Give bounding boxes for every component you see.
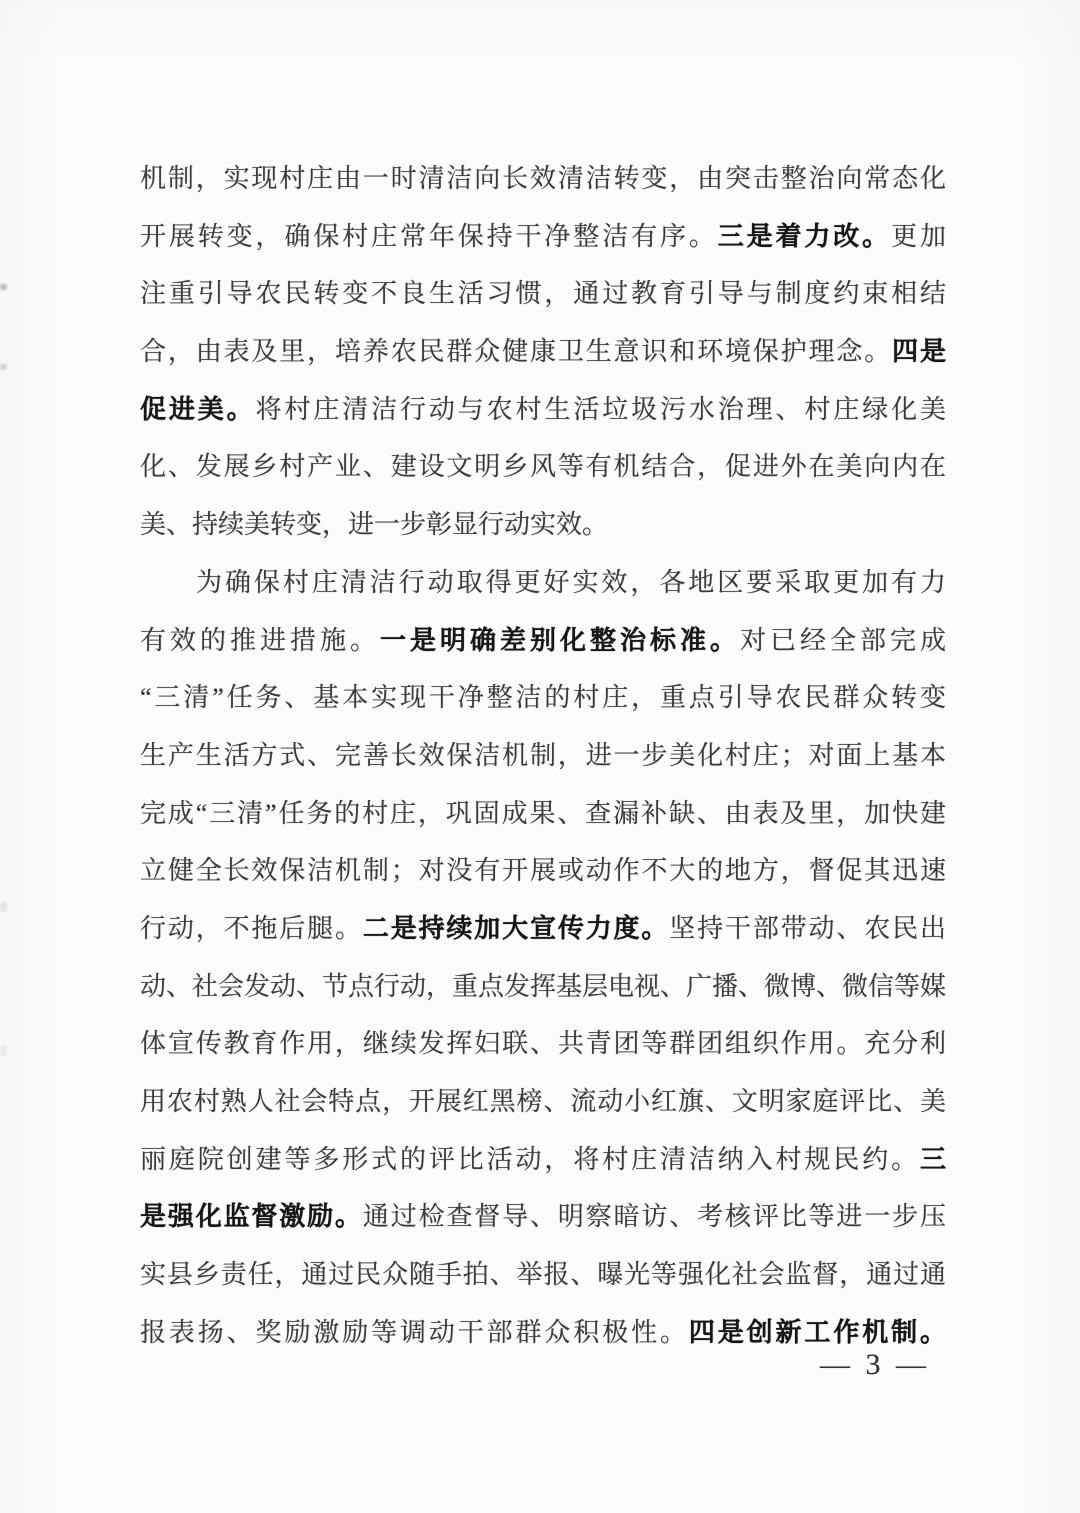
- text-run: 行动，不拖后腿。: [140, 914, 363, 943]
- text-run: 有效的推进措施。: [140, 626, 380, 655]
- text-line: 立健全长效保洁机制；对没有开展或动作不大的地方，督促其迅速: [140, 842, 946, 900]
- text-run: 通过检查督导、明察暗访、考核评比等进一步压: [363, 1202, 946, 1231]
- text-line: 生产生活方式、完善长效保洁机制，进一步美化村庄；对面上基本: [140, 727, 946, 785]
- document-body-text: 机制，实现村庄由一时清洁向长效清洁转变，由突击整治向常态化开展转变，确保村庄常年…: [140, 150, 946, 1361]
- text-line: 完成“三清”任务的村庄，巩固成果、查漏补缺、由表及里，加快建: [140, 785, 946, 843]
- text-run: 注重引导农民转变不良生活习惯，通过教育引导与制度约束相结: [140, 279, 946, 308]
- bold-heading-run: 是强化监督激励。: [140, 1202, 363, 1231]
- scan-artifact-speck: [0, 1046, 7, 1056]
- text-run: 立健全长效保洁机制；对没有开展或动作不大的地方，督促其迅速: [140, 856, 946, 885]
- text-line: 化、发展乡村产业、建设文明乡风等有机结合，促进外在美向内在: [140, 438, 946, 496]
- page-number: — 3 —: [820, 1348, 930, 1382]
- bold-heading-run: 促进美。: [140, 395, 256, 424]
- text-run: 美、持续美转变，进一步彰显行动实效。: [140, 510, 608, 539]
- text-line: 注重引导农民转变不良生活习惯，通过教育引导与制度约束相结: [140, 265, 946, 323]
- text-line: 行动，不拖后腿。二是持续加大宣传力度。坚持干部带动、农民出: [140, 900, 946, 958]
- scan-artifact-speck: [0, 364, 7, 370]
- scan-artifact-speck: [0, 902, 7, 912]
- text-run: 将村庄清洁行动与农村生活垃圾污水治理、村庄绿化美: [256, 395, 946, 424]
- text-line: 促进美。将村庄清洁行动与农村生活垃圾污水治理、村庄绿化美: [140, 381, 946, 439]
- text-run: “三清”任务、基本实现干净整洁的村庄，重点引导农民群众转变: [140, 683, 946, 712]
- text-run: 对已经全部完成: [740, 626, 946, 655]
- text-line: 丽庭院创建等多形式的评比活动，将村庄清洁纳入村规民约。三: [140, 1131, 946, 1189]
- text-line: 有效的推进措施。一是明确差别化整治标准。对已经全部完成: [140, 612, 946, 670]
- text-run: 为确保村庄清洁行动取得更好实效，各地区要采取更加有力: [196, 568, 946, 597]
- text-run: 化、发展乡村产业、建设文明乡风等有机结合，促进外在美向内在: [140, 452, 946, 481]
- text-run: 体宣传教育作用，继续发挥妇联、共青团等群团组织作用。充分利: [140, 1029, 946, 1058]
- text-run: 坚持干部带动、农民出: [669, 914, 946, 943]
- text-line: 动、社会发动、节点行动，重点发挥基层电视、广播、微博、微信等媒: [140, 958, 946, 1016]
- text-line: 实县乡责任，通过民众随手拍、举报、曝光等强化社会监督，通过通: [140, 1246, 946, 1304]
- text-run: 报表扬、奖励激励等调动干部群众积极性。: [140, 1318, 689, 1347]
- bold-heading-run: 三是着力改。: [718, 222, 891, 251]
- bold-heading-run: 二是持续加大宣传力度。: [363, 914, 669, 943]
- text-line: 体宣传教育作用，继续发挥妇联、共青团等群团组织作用。充分利: [140, 1015, 946, 1073]
- text-line: 合，由表及里，培养农民群众健康卫生意识和环境保护理念。四是: [140, 323, 946, 381]
- text-run: 完成“三清”任务的村庄，巩固成果、查漏补缺、由表及里，加快建: [140, 799, 946, 828]
- text-run: 实县乡责任，通过民众随手拍、举报、曝光等强化社会监督，通过通: [140, 1260, 946, 1289]
- bold-heading-run: 四是创新工作机制。: [689, 1318, 946, 1347]
- text-line: 用农村熟人社会特点，开展红黑榜、流动小红旗、文明家庭评比、美: [140, 1073, 946, 1131]
- text-run: 更加: [891, 222, 946, 251]
- text-run: 动、社会发动、节点行动，重点发挥基层电视、广播、微博、微信等媒: [140, 972, 946, 1001]
- text-run: 合，由表及里，培养农民群众健康卫生意识和环境保护理念。: [140, 337, 892, 366]
- bold-heading-run: 三: [920, 1145, 946, 1174]
- document-page: 机制，实现村庄由一时清洁向长效清洁转变，由突击整治向常态化开展转变，确保村庄常年…: [0, 0, 1080, 1513]
- text-line: 美、持续美转变，进一步彰显行动实效。: [140, 496, 946, 554]
- bold-heading-run: 四是: [892, 337, 946, 366]
- scan-artifact-speck: [0, 284, 7, 290]
- text-run: 开展转变，确保村庄常年保持干净整洁有序。: [140, 222, 718, 251]
- text-line: 是强化监督激励。通过检查督导、明察暗访、考核评比等进一步压: [140, 1188, 946, 1246]
- text-line: 开展转变，确保村庄常年保持干净整洁有序。三是着力改。更加: [140, 208, 946, 266]
- text-run: 丽庭院创建等多形式的评比活动，将村庄清洁纳入村规民约。: [140, 1145, 920, 1174]
- text-run: 机制，实现村庄由一时清洁向长效清洁转变，由突击整治向常态化: [140, 164, 946, 193]
- text-line: 机制，实现村庄由一时清洁向长效清洁转变，由突击整治向常态化: [140, 150, 946, 208]
- text-run: 用农村熟人社会特点，开展红黑榜、流动小红旗、文明家庭评比、美: [140, 1087, 946, 1116]
- text-line: 为确保村庄清洁行动取得更好实效，各地区要采取更加有力: [140, 554, 946, 612]
- text-run: 生产生活方式、完善长效保洁机制，进一步美化村庄；对面上基本: [140, 741, 946, 770]
- bold-heading-run: 一是明确差别化整治标准。: [380, 626, 740, 655]
- text-line: “三清”任务、基本实现干净整洁的村庄，重点引导农民群众转变: [140, 669, 946, 727]
